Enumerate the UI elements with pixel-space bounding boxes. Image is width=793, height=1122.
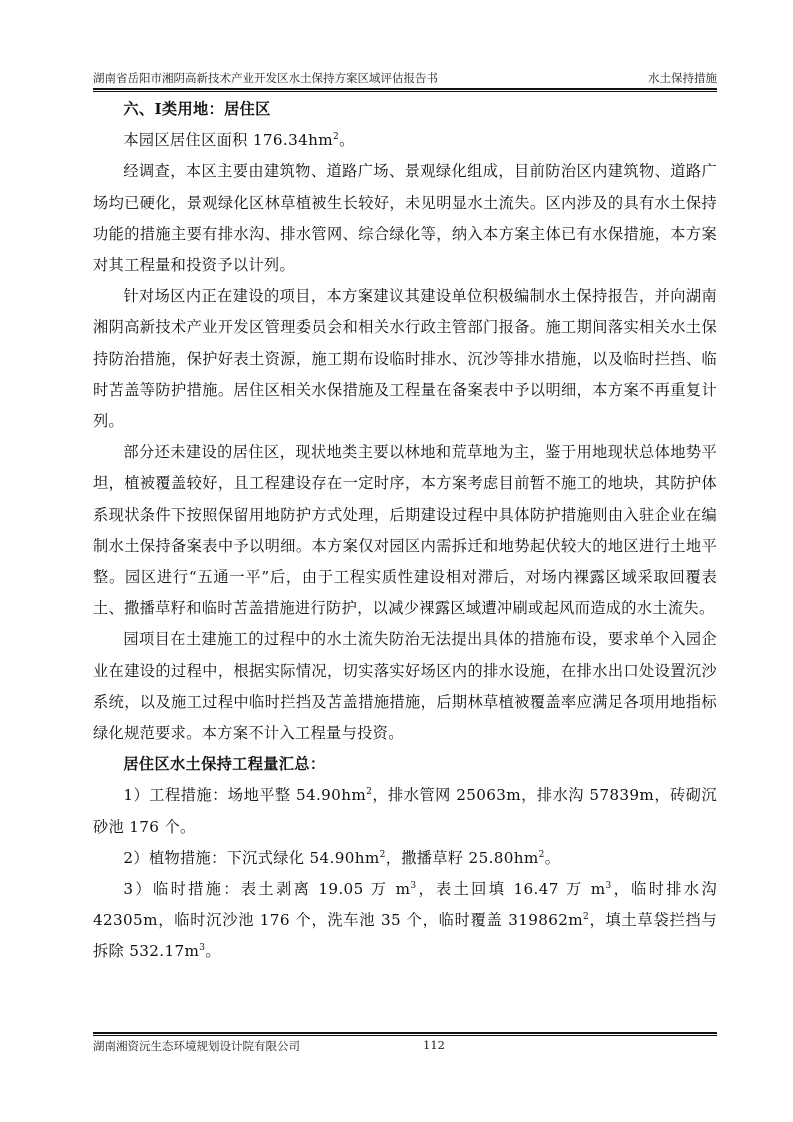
section-title: 六、I类用地：居住区 [93, 94, 717, 125]
text: ，表土回填 16.47 万 m [416, 880, 605, 898]
text: 2）植物措施：下沉式绿化 54.90hm [123, 849, 379, 867]
summary-item-engineering: 1）工程措施：场地平整 54.90hm2，排水管网 25063m，排水沟 578… [93, 780, 717, 842]
text: 。 [205, 942, 221, 960]
summary-item-temporary: 3）临时措施：表土剥离 19.05 万 m3，表土回填 16.47 万 m3，临… [93, 874, 717, 968]
header-chapter-title: 水土保持措施 [648, 70, 717, 86]
paragraph-construction: 针对场区内正在建设的项目，本方案建议其建设单位积极编制水土保持报告，并向湖南湘阴… [93, 281, 717, 437]
summary-title: 居住区水土保持工程量汇总： [93, 749, 717, 780]
footer-rule-thin [93, 1035, 717, 1036]
area-text-end: 。 [339, 131, 355, 149]
text: ，撒播草籽 25.80hm [386, 849, 539, 867]
text: 。 [545, 849, 561, 867]
page-header: 湖南省岳阳市湘阴高新技术产业开发区水土保持方案区域评估报告书 水土保持措施 [93, 66, 717, 88]
footer-rule-thick [93, 1032, 717, 1034]
area-paragraph: 本园区居住区面积 176.34hm2。 [93, 125, 717, 156]
summary-item-vegetation: 2）植物措施：下沉式绿化 54.90hm2，撒播草籽 25.80hm2。 [93, 843, 717, 874]
text: 3）临时措施：表土剥离 19.05 万 m [123, 880, 410, 898]
header-report-title: 湖南省岳阳市湘阴高新技术产业开发区水土保持方案区域评估报告书 [93, 70, 438, 86]
paragraph-park-projects: 园项目在土建施工的过程中的水土流失防治无法提出具体的措施布设，要求单个入园企业在… [93, 624, 717, 749]
header-rule-thin [93, 91, 717, 92]
footer-company: 湖南湘资沅生态环境规划设计院有限公司 [93, 1038, 300, 1054]
paragraph-survey: 经调查，本区主要由建筑物、道路广场、景观绿化组成，目前防治区内建筑物、道路广场均… [93, 156, 717, 281]
paragraph-unbuilt: 部分还未建设的居住区，现状地类主要以林地和荒草地为主，鉴于用地现状总体地势平坦，… [93, 437, 717, 624]
text: 1）工程措施：场地平整 54.90hm [123, 786, 366, 804]
page-footer: 湖南湘资沅生态环境规划设计院有限公司 112 [93, 1038, 717, 1056]
page-number: 112 [423, 1038, 445, 1052]
header-rule-thick [93, 88, 717, 90]
area-text: 本园区居住区面积 176.34hm [123, 131, 333, 149]
page-body: 六、I类用地：居住区 本园区居住区面积 176.34hm2。 经调查，本区主要由… [93, 94, 717, 968]
